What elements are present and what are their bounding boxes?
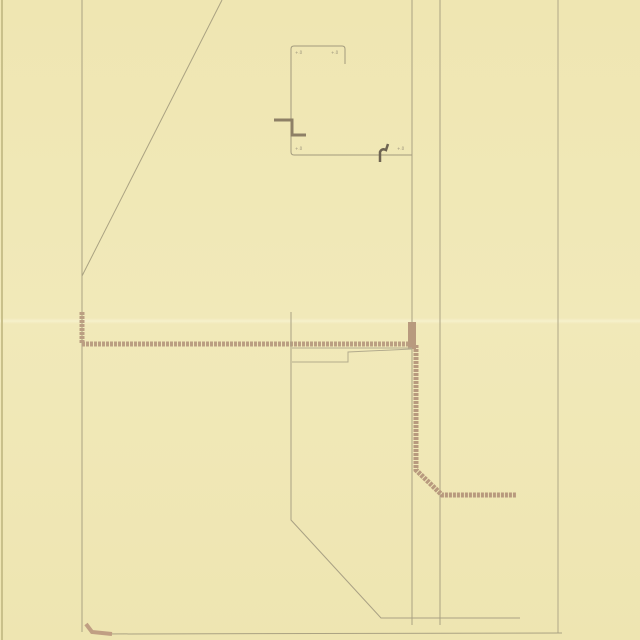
detail-label-top-left: +.0 bbox=[295, 50, 302, 55]
bottom-frame-line bbox=[98, 633, 562, 634]
hatched-wall-bend bbox=[416, 345, 516, 495]
step-detail-right bbox=[380, 144, 388, 162]
detail-box-top bbox=[294, 46, 345, 64]
lower-profile-line bbox=[291, 312, 520, 618]
architectural-drawing bbox=[0, 0, 640, 640]
detail-box-left-bottom bbox=[291, 46, 412, 155]
hatched-slab bbox=[82, 312, 412, 344]
detail-label-bottom-right: +.0 bbox=[397, 146, 404, 151]
detail-label-top-right: +.0 bbox=[331, 50, 338, 55]
step-detail-left bbox=[274, 120, 306, 135]
diagonal-line bbox=[82, 0, 222, 276]
detail-label-bottom-left: +.0 bbox=[295, 146, 302, 151]
hatched-corner-bottom-left bbox=[86, 624, 112, 634]
soffit-detail bbox=[292, 349, 412, 362]
hatched-wall-top bbox=[412, 322, 416, 345]
